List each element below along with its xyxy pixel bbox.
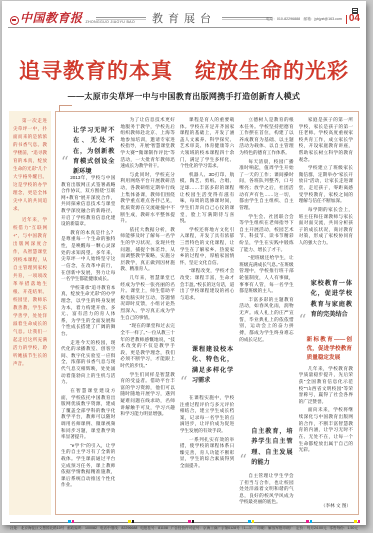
column-text: 在课程实施中，学校注重过程评价与多元评价相结合，建立学生成长档案，记录每一名学生… [180,395,234,509]
red-lead-text: 新标教育——创优，促进学校教育质量稳定发展 [299,333,353,366]
quote-mark-icon: “ [61,155,69,170]
pull-quote-text: 课程建设校本化、特色化，满足多样化学习需求 [192,345,233,386]
body-paragraph: 丰富多彩的主题教育活动，如春风化雨，润物无声。成人礼上的庄严宣誓，毕业典礼上的依… [239,297,293,343]
body-paragraph: “课程改变，学校才会改变；课程丰富，生命才会丰盈。”校长的这句话，道出了学校课程… [180,268,234,301]
body-paragraph: 在智慧课堂建设方面，学校依托中国教育出版网优质数字资源，建成了覆盖全部学科的数字… [61,388,115,441]
pull-quote-text: 让学习无时不在、无处不在，为创新教育模式创设全新环境 [73,126,114,177]
column-text: 几年来，学校教育教学质量稳步提升，先后荣获“全国教育信息化示范校”“山西省文明校… [299,366,353,502]
publisher-info-segment: 社址：北京海淀区文慧园北路10号 [10,526,64,531]
body-paragraph: 面向未来，学校将继续深化与中国教育出版网的合作，不断丰富智慧教育的内涵，让学习无… [299,407,353,453]
text-column-2: 为了让信息技术更好地服务于教学，学校先后组织教师赴北京、上海等地参加培训，邀请专… [120,117,174,509]
text-column-5: 家庭是孩子的第一所学校，家长是孩子的第一任老师。学校高度重视家校共育工作，成立家… [299,117,353,509]
publisher-info-segment: 印刷：解放军报印刷厂 [257,526,293,531]
pull-quote-text: 自主教育，培养学生自主管理、自主发展的能力 [251,427,292,468]
body-paragraph: 几年来，智慧课堂已经成为学校一张亮丽的名片。课堂上，师生借助平板电脑实时互动，答… [120,275,174,321]
text-column-3: 课程是育人的重要载体。学校在开足开齐国家课程的基础上，开发了涵盖人文素养、科学探… [180,117,234,509]
body-paragraph: 自主管理让学生学会了担当与合作，也让校园处处洋溢着文明和谐的气息，良好的校风学风… [239,473,293,506]
registration-mark [68,520,74,523]
pull-quote-text: 家校教育一体化，促进学校教育与家庭教育的完美结合 [311,279,352,320]
article-headline: 追寻教育的本真 绽放生命的光彩 [8,55,360,85]
page-number-divider [346,15,347,24]
body-paragraph: 学校还将地方文化引入课程，开发了具有浓郁三晋特色的文化课程，让学生在了解家乡、热… [180,227,234,267]
body-paragraph: 每天清晨，校园广播准时响起，值周学生开始了一天的工作；课间操时间，各班队列整齐，… [239,159,293,212]
body-paragraph: “e学卡”的引入，让学生的自主学习有了全新的载体。学生课前通过平台完成预习任务，… [61,443,115,489]
quote-mark-icon: “ [239,453,247,468]
body-paragraph: 依托大数据分析，教师能够及时了解每一名学生的学习状况，发现共性问题，捕捉个体差异… [120,227,174,273]
section-title: 教育展台 [152,10,216,26]
column-text: 2013年，学校与中国教育出版网正式签署战略合作协议，双方围绕“互联网+教育”展… [61,175,115,509]
column-text: 立德树人是教育的根本任务。学校坚持把德育工作摆在首位，构建了以养成教育为基础、以… [239,117,293,423]
body-paragraph: 学校秉承“追寻教育本真，绽放生命光彩”的办学理念，以学生的终身发展为本，着力构建… [61,285,115,338]
body-paragraph: 学生会、社团联合会等学生组织在老师指导下自主开展活动，校园艺术节、科技节、读书节… [239,214,293,254]
newspaper-title: 中国教育报 [20,9,83,26]
editor-note-paragraph: 第一次走进尖草坪一中，扑面而来的是浓浓的书香气息。教学楼前，“追寻教育的本真，绽… [13,117,47,213]
body-paragraph: “现在的课堂和过去完全不一样了。”一位从教三十年的老教师感慨地说，“技术改变的不… [120,323,174,369]
column-text: 自主管理让学生学会了担当与合作，也让校园处处洋溢着文明和谐的气息，良好的校风学风… [239,473,293,509]
registration-mark [306,520,312,523]
publisher-info-segment: 邮政编码：100082 [67,526,97,531]
column-text: 课程是育人的重要载体。学校在开足开齐国家课程的基础上，开发了涵盖人文素养、科学探… [180,117,234,341]
article-frame: “ 让学习无时不在、无处不在，为创新教育模式创设全新环境 2013年，学校与中国… [55,111,359,515]
text-column-1: “ 让学习无时不在、无处不在，为创新教育模式创设全新环境 2013年，学校与中国… [61,117,115,509]
registration-mark [188,520,194,523]
newspaper-page: 中国教育报 ZHONGGUO JIAOYU BAO 教育展台 电话：010-82… [2,1,366,525]
body-paragraph: 学生们同样是智慧教育的受益者。借助平台丰富的学习资源，他们可以随时随地开展学习，… [120,372,174,418]
article-subtitle: ——太原市尖草坪一中与中国教育出版网携手打造创新育人模式 [8,91,360,102]
print-icon [352,8,358,14]
body-paragraph: 每学期的家长会上，班主任和任课教师与家长面对面交流，共同分析孩子的成长状况，商讨… [299,207,353,247]
pull-quote-4: “ 自主教育，培养学生自主管理、自主发展的能力 [239,423,293,473]
editor-note-sidebar: 第一次走进尖草坪一中，扑面而来的是浓浓的书香气息。教学楼前，“追寻教育的本真，绽… [9,111,51,515]
body-paragraph: 教育的本真是什么？是尊重每一个生命的独特性，是唤醒每一颗心灵深处的求知渴望。多年… [61,230,115,283]
body-paragraph: 走进今天的校园，现代化的录播教室、创客空间、数字化实验室一应俱全，浓郁的书香气息… [61,340,115,386]
column-text: 家庭是孩子的第一所学校，家长是孩子的第一任老师。学校高度重视家校共育工作，成立家… [299,117,353,275]
contact-info: 电话：010-82296888 邮箱：jybjyzt@163.com [266,17,342,24]
column-text: 为了让信息技术更好地服务于教学，学校先后组织教师赴北京、上海等地参加培训，邀请专… [120,117,174,509]
pull-quote-2: “ 课程建设校本化、特色化，满足多样化学习需求 [180,341,234,395]
body-paragraph: 一系列扎实有效的举措，使学校的课程体系日臻完善，育人功能不断彰显，学生的综合素质… [180,437,234,470]
page-number: 04 [349,14,360,24]
body-paragraph: 机器人、3D打印、航模、陶艺、剪纸、合唱、足球……丰富多彩的课程让校园生活变得有… [180,172,234,225]
body-paragraph: 学校建立了班级家长微信群，定期举办“家长开放日”活动，让家长走进课堂、走近孩子，… [299,165,353,205]
body-paragraph: 在课程实施中，学校注重过程评价与多元评价相结合，建立学生成长档案，记录每一名学生… [180,395,234,435]
masthead-rule [8,27,360,28]
corner-bracket-decoration [59,105,72,112]
quote-mark-icon: “ [180,375,188,390]
publisher-info-segment: 定价：每月24.00元 [296,526,327,531]
body-paragraph: 立德树人是教育的根本任务。学校坚持把德育工作摆在首位，构建了以养成教育为基础、以… [239,117,293,157]
publisher-info-segment: 广告经营许可证号：京海工商广字第0128号（1—1） [171,526,255,531]
article-body: 第一次走进尖草坪一中，扑面而来的是浓浓的书香气息。教学楼前，“追寻教育的本真，绽… [8,111,360,515]
text-column-4: 立德树人是教育的根本任务。学校坚持把德育工作摆在首位，构建了以养成教育为基础、以… [239,117,293,509]
publisher-info-row: 社址：北京海淀区文慧园北路10号邮政编码：100082电话中继线：8229668… [8,526,360,531]
body-paragraph: 为了让信息技术更好地服务于教学，学校先后组织教师赴北京、上海等地参加培训，邀请专… [120,117,174,170]
body-paragraph: 家庭是孩子的第一所学校，家长是孩子的第一任老师。学校高度重视家校共育工作，成立家… [299,117,353,163]
registration-mark [354,520,360,523]
section-title-right-rule [222,17,272,20]
pull-quote-3: “ 家校教育一体化，促进学校教育与家庭教育的完美结合 [299,275,353,333]
footer-rule [10,522,358,523]
publisher-info-segment: 电话中继线：82296688 [100,526,138,531]
page-info-area: 电话：010-82296888 邮箱：jybjyzt@163.com 04 [266,14,360,24]
publisher-info-segment: 电报挂号：81108 [140,526,168,531]
section-header: 教育展台 [96,10,272,26]
page-footer: 社址：北京海淀区文慧园北路10号邮政编码：100082电话中继线：8229668… [8,522,360,531]
editor-note-paragraph: 近年来，学校借力“互联网+”，与中国教育出版网深度合作，从智慧课堂到校本课程，从… [13,216,47,368]
masthead: 中国教育报 ZHONGGUO JIAOYU BAO 教育展台 电话：010-82… [8,8,360,24]
body-paragraph: 几年来，学校教育教学质量稳步提升，先后荣获“全国教育信息化示范校”“山西省文明校… [299,366,353,406]
quote-mark-icon: “ [299,313,307,328]
body-paragraph: 课程是育人的重要载体。学校在开足开齐国家课程的基础上，开发了涵盖人文素养、科学探… [180,117,234,170]
body-paragraph: “把班级还给学生，让班级充满成长气息。”在班级管理中，学校推行班干部轮值制度，人… [239,255,293,295]
registration-mark [128,520,134,523]
body-paragraph: 与此同时，学校充分利用网络平台开展教研活动，各教研组定期举行线上集体备课，教师们… [120,172,174,225]
publisher-info-segment: 零售每份：1.50元 [329,526,358,531]
registration-mark [248,520,254,523]
article-byline: （李林 文 图） [299,503,353,509]
section-title-left-rule [96,17,146,20]
pull-quote-1: “ 让学习无时不在、无处不在，为创新教育模式创设全新环境 [61,117,115,175]
logo-mark-icon [10,16,19,25]
body-paragraph: 2013年，学校与中国教育出版网正式签署战略合作协议，双方围绕“互联网+教育”展… [61,175,115,228]
